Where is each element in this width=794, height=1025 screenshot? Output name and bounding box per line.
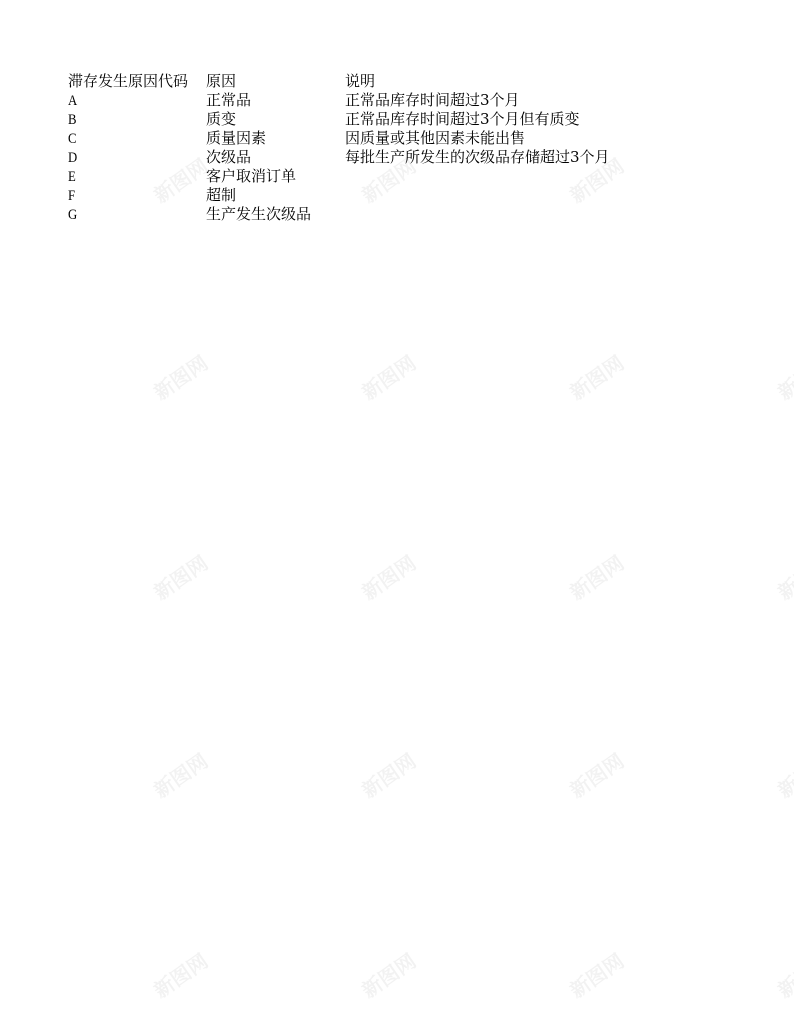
table-row: C 质量因素 因质量或其他因素未能出售 bbox=[68, 129, 610, 148]
watermark: 新图网 bbox=[771, 347, 794, 405]
code-cell: B bbox=[68, 111, 77, 130]
watermark: 新图网 bbox=[563, 945, 629, 1003]
watermark: 新图网 bbox=[147, 745, 213, 803]
description-cell: 因质量或其他因素未能出售 bbox=[345, 129, 525, 148]
watermark: 新图网 bbox=[147, 547, 213, 605]
table-row: G 生产发生次级品 bbox=[68, 205, 610, 224]
table-row: D 次级品 每批生产所发生的次级品存储超过3个月 bbox=[68, 148, 610, 167]
reason-cell: 正常品 bbox=[206, 91, 345, 110]
watermark: 新图网 bbox=[355, 347, 421, 405]
header-reason: 原因 bbox=[206, 72, 345, 91]
reason-cell: 质量因素 bbox=[206, 129, 345, 148]
reason-cell: 超制 bbox=[206, 186, 345, 205]
watermark: 新图网 bbox=[563, 745, 629, 803]
code-cell: E bbox=[68, 168, 76, 187]
watermark: 新图网 bbox=[771, 745, 794, 803]
table-row: F 超制 bbox=[68, 186, 610, 205]
code-cell: A bbox=[68, 92, 77, 111]
watermark: 新图网 bbox=[563, 547, 629, 605]
description-cell: 正常品库存时间超过3个月但有质变 bbox=[345, 110, 580, 129]
table-header-row: 滞存发生原因代码 原因 说明 bbox=[68, 72, 610, 91]
description-cell: 每批生产所发生的次级品存储超过3个月 bbox=[345, 148, 610, 167]
header-code: 滞存发生原因代码 bbox=[68, 72, 206, 91]
watermark: 新图网 bbox=[147, 945, 213, 1003]
watermark: 新图网 bbox=[355, 945, 421, 1003]
watermark: 新图网 bbox=[563, 347, 629, 405]
reason-cell: 客户取消订单 bbox=[206, 167, 345, 186]
watermark: 新图网 bbox=[771, 547, 794, 605]
code-cell: D bbox=[68, 149, 77, 168]
watermark: 新图网 bbox=[355, 547, 421, 605]
table-row: A 正常品 正常品库存时间超过3个月 bbox=[68, 91, 610, 110]
watermark: 新图网 bbox=[355, 745, 421, 803]
watermark: 新图网 bbox=[147, 347, 213, 405]
watermark: 新图网 bbox=[771, 945, 794, 1003]
code-cell: G bbox=[68, 206, 77, 225]
header-description: 说明 bbox=[345, 72, 375, 91]
reason-cell: 质变 bbox=[206, 110, 345, 129]
reason-code-table: 滞存发生原因代码 原因 说明 A 正常品 正常品库存时间超过3个月 B 质变 正… bbox=[68, 72, 610, 224]
code-cell: C bbox=[68, 130, 77, 149]
table-row: B 质变 正常品库存时间超过3个月但有质变 bbox=[68, 110, 610, 129]
table-row: E 客户取消订单 bbox=[68, 167, 610, 186]
code-cell: F bbox=[68, 187, 75, 206]
reason-cell: 次级品 bbox=[206, 148, 345, 167]
reason-cell: 生产发生次级品 bbox=[206, 205, 345, 224]
description-cell: 正常品库存时间超过3个月 bbox=[345, 91, 520, 110]
